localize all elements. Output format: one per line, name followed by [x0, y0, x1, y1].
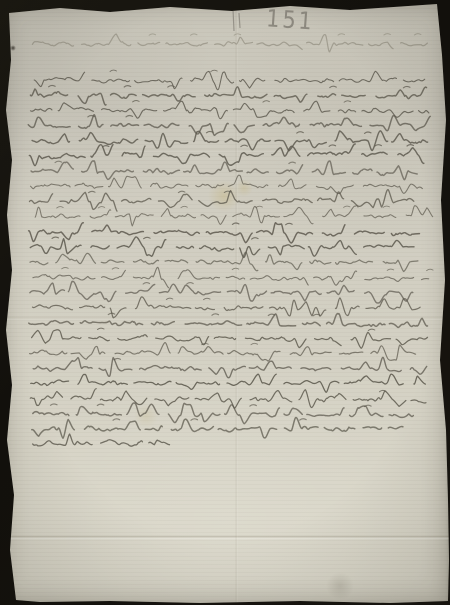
manuscript-page: 151: [0, 0, 450, 605]
folio-number: 151: [265, 4, 315, 35]
scanned-manuscript-screenshot: { "document": { "page_number": "151" }, …: [0, 0, 450, 605]
paper-surface: [0, 0, 450, 605]
